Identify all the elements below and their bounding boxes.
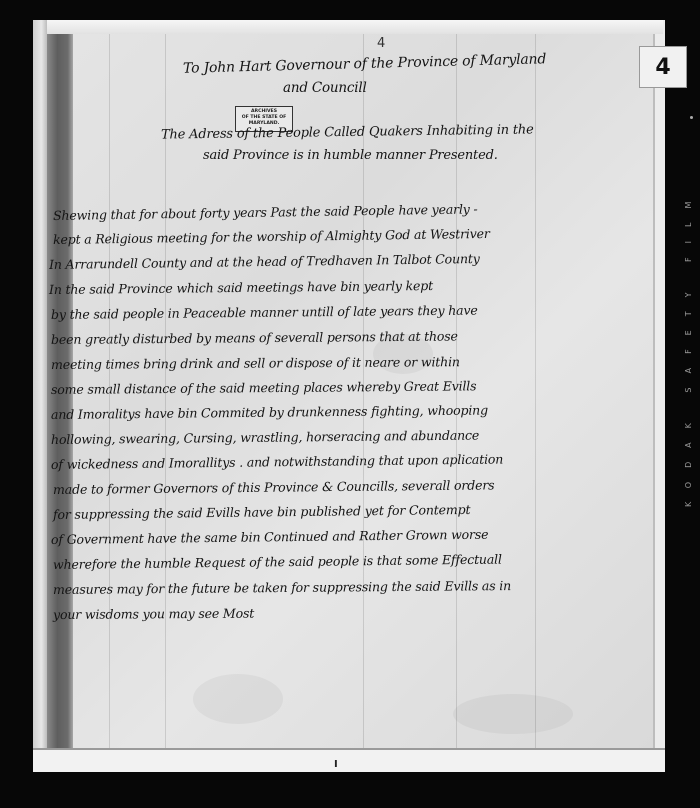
film-top-band (47, 20, 663, 34)
pencil-folio-number: 4 (377, 36, 385, 51)
stain (193, 674, 283, 724)
fold-line (535, 34, 536, 750)
film-left-strip (33, 20, 47, 772)
folio-number-box: 4 (639, 46, 687, 88)
frame-index-mark: I (334, 759, 338, 770)
film-bottom-band (33, 748, 665, 772)
microfilm-frame: 4 4 ARCHIVES OF THE STATE OF MARYLAND. T… (33, 20, 665, 772)
heading-line-2: said Province is in humble manner Presen… (203, 148, 498, 163)
body-line: meeting times bring drink and sell or di… (51, 354, 460, 372)
address-line-2: and Councill (283, 80, 367, 96)
body-line: your wisdoms you may see Most (53, 606, 254, 622)
stain (453, 694, 573, 734)
film-edge-print: KODAK SAFETY FILM (684, 112, 698, 582)
